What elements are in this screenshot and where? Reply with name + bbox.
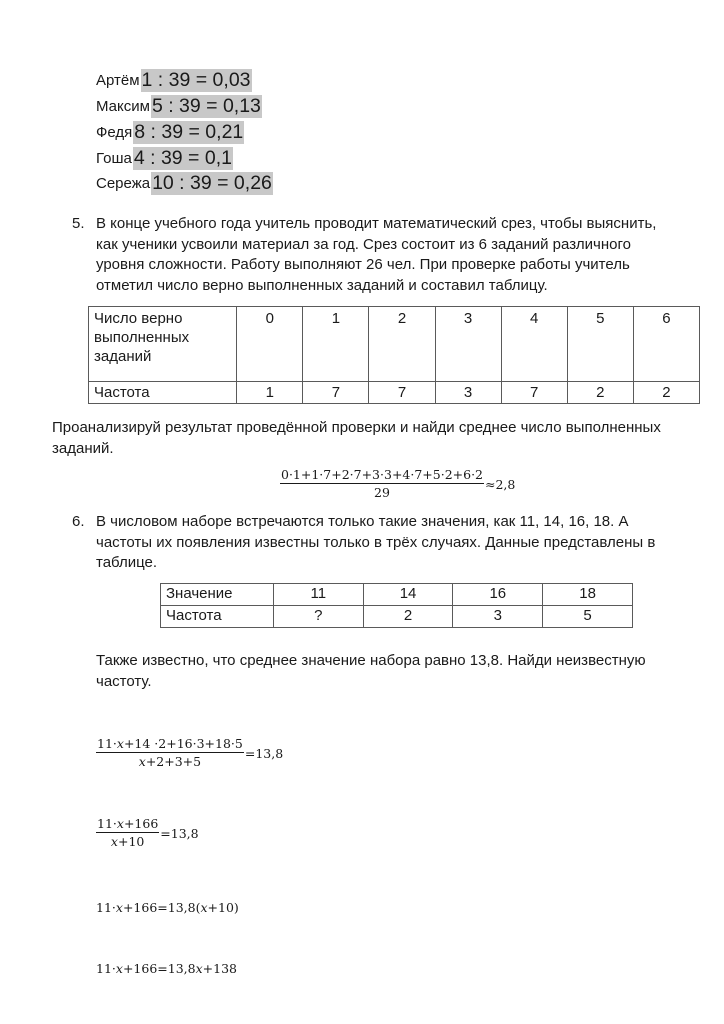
task-5-question: Проанализируй результат проведённой пров…: [52, 418, 661, 459]
text-line: частоту.: [96, 672, 646, 693]
table-cell: 11: [273, 584, 363, 606]
denominator: 29: [374, 484, 390, 501]
table-cell: 7: [501, 382, 567, 404]
label-line: выполненных: [94, 328, 236, 347]
ratio-expression: 4 : 39 = 0,1: [133, 147, 233, 170]
table-row: Число верно выполненных заданий 0 1 2 3 …: [89, 307, 700, 382]
task-5-formula: 0·1+1·7+2·7+3·3+4·7+5·2+6·2 29 ≈2,8: [280, 467, 515, 501]
text-line: таблице.: [96, 553, 655, 574]
task-6-table: Значение 11 14 16 18 Частота ? 2 3 5: [160, 583, 633, 628]
text-line: отметил число верно выполненных заданий …: [96, 276, 656, 297]
table-cell: 4: [501, 307, 567, 382]
solution-step-3: 11·x+166=13,8(x+10): [96, 900, 239, 915]
fraction: 11·x+166 x+10: [96, 816, 159, 850]
ratio-row-maxim: Максим 5 : 39 = 0,13: [96, 94, 262, 118]
table-cell: 1: [237, 382, 303, 404]
table-row: Частота ? 2 3 5: [161, 606, 633, 628]
text-line: частоты их появления известны только в т…: [96, 533, 655, 554]
ratio-row-gosha: Гоша 4 : 39 = 0,1: [96, 146, 233, 170]
ratio-row-artyom: Артём 1 : 39 = 0,03: [96, 68, 252, 92]
task-6-question: Также известно, что среднее значение наб…: [96, 651, 646, 692]
ratio-row-seryozha: Сережа 10 : 39 = 0,26: [96, 171, 273, 195]
table-cell: 5: [543, 606, 633, 628]
numerator: 11·x+14 ·2+16·3+18·5: [96, 736, 244, 753]
result: =13,8: [160, 826, 198, 841]
text-line: Проанализируй результат проведённой пров…: [52, 418, 661, 439]
result: =13,8: [245, 746, 283, 761]
task-5-table: Число верно выполненных заданий 0 1 2 3 …: [88, 306, 700, 404]
table-cell: 2: [633, 382, 699, 404]
text-line: В конце учебного года учитель проводит м…: [96, 214, 656, 235]
table-header-label: Число верно выполненных заданий: [89, 307, 237, 382]
table-row-label: Значение: [161, 584, 274, 606]
text-line: Также известно, что среднее значение наб…: [96, 651, 646, 672]
table-row-label: Частота: [161, 606, 274, 628]
ratio-expression: 1 : 39 = 0,03: [141, 69, 252, 92]
solution-step-1: 11·x+14 ·2+16·3+18·5 x+2+3+5 =13,8: [96, 736, 283, 770]
table-cell: 1: [303, 307, 369, 382]
table-cell: 16: [453, 584, 543, 606]
table-cell: ?: [273, 606, 363, 628]
task-5-statement: В конце учебного года учитель проводит м…: [96, 214, 656, 296]
table-cell: 14: [363, 584, 453, 606]
text-line: заданий.: [52, 439, 661, 460]
table-row-label: Частота: [89, 382, 237, 404]
table-row: Значение 11 14 16 18: [161, 584, 633, 606]
denominator: x+10: [111, 833, 144, 850]
label-line: Число верно: [94, 309, 236, 328]
ratio-row-fedya: Федя 8 : 39 = 0,21: [96, 120, 244, 144]
text-line: В числовом наборе встречаются только так…: [96, 512, 655, 533]
table-cell: 6: [633, 307, 699, 382]
student-name: Максим: [96, 98, 150, 115]
ratio-expression: 5 : 39 = 0,13: [151, 95, 262, 118]
table-cell: 0: [237, 307, 303, 382]
ratio-expression: 10 : 39 = 0,26: [151, 172, 273, 195]
text-line: уровня сложности. Работу выполняют 26 че…: [96, 255, 656, 276]
numerator: 0·1+1·7+2·7+3·3+4·7+5·2+6·2: [280, 467, 484, 484]
table-cell: 3: [435, 382, 501, 404]
text-line: как ученики усвоили материал за год. Сре…: [96, 235, 656, 256]
student-name: Артём: [96, 72, 140, 89]
table-cell: 18: [543, 584, 633, 606]
student-name: Федя: [96, 124, 132, 141]
table-cell: 2: [369, 307, 435, 382]
table-cell: 7: [369, 382, 435, 404]
table-cell: 7: [303, 382, 369, 404]
table-cell: 2: [567, 382, 633, 404]
result: ≈2,8: [485, 477, 515, 492]
table-cell: 2: [363, 606, 453, 628]
fraction: 0·1+1·7+2·7+3·3+4·7+5·2+6·2 29: [280, 467, 484, 501]
task-number: 6.: [72, 512, 85, 533]
task-6-statement: В числовом наборе встречаются только так…: [96, 512, 655, 574]
table-cell: 3: [453, 606, 543, 628]
label-line: заданий: [94, 347, 236, 366]
student-name: Сережа: [96, 175, 150, 192]
table-row: Частота 1 7 7 3 7 2 2: [89, 382, 700, 404]
student-name: Гоша: [96, 150, 132, 167]
table-cell: 5: [567, 307, 633, 382]
denominator: x+2+3+5: [139, 753, 201, 770]
task-number: 5.: [72, 214, 85, 235]
table-cell: 3: [435, 307, 501, 382]
numerator: 11·x+166: [96, 816, 159, 833]
fraction: 11·x+14 ·2+16·3+18·5 x+2+3+5: [96, 736, 244, 770]
solution-step-2: 11·x+166 x+10 =13,8: [96, 816, 199, 850]
ratio-expression: 8 : 39 = 0,21: [133, 121, 244, 144]
solution-step-4: 11·x+166=13,8x+138: [96, 961, 237, 976]
